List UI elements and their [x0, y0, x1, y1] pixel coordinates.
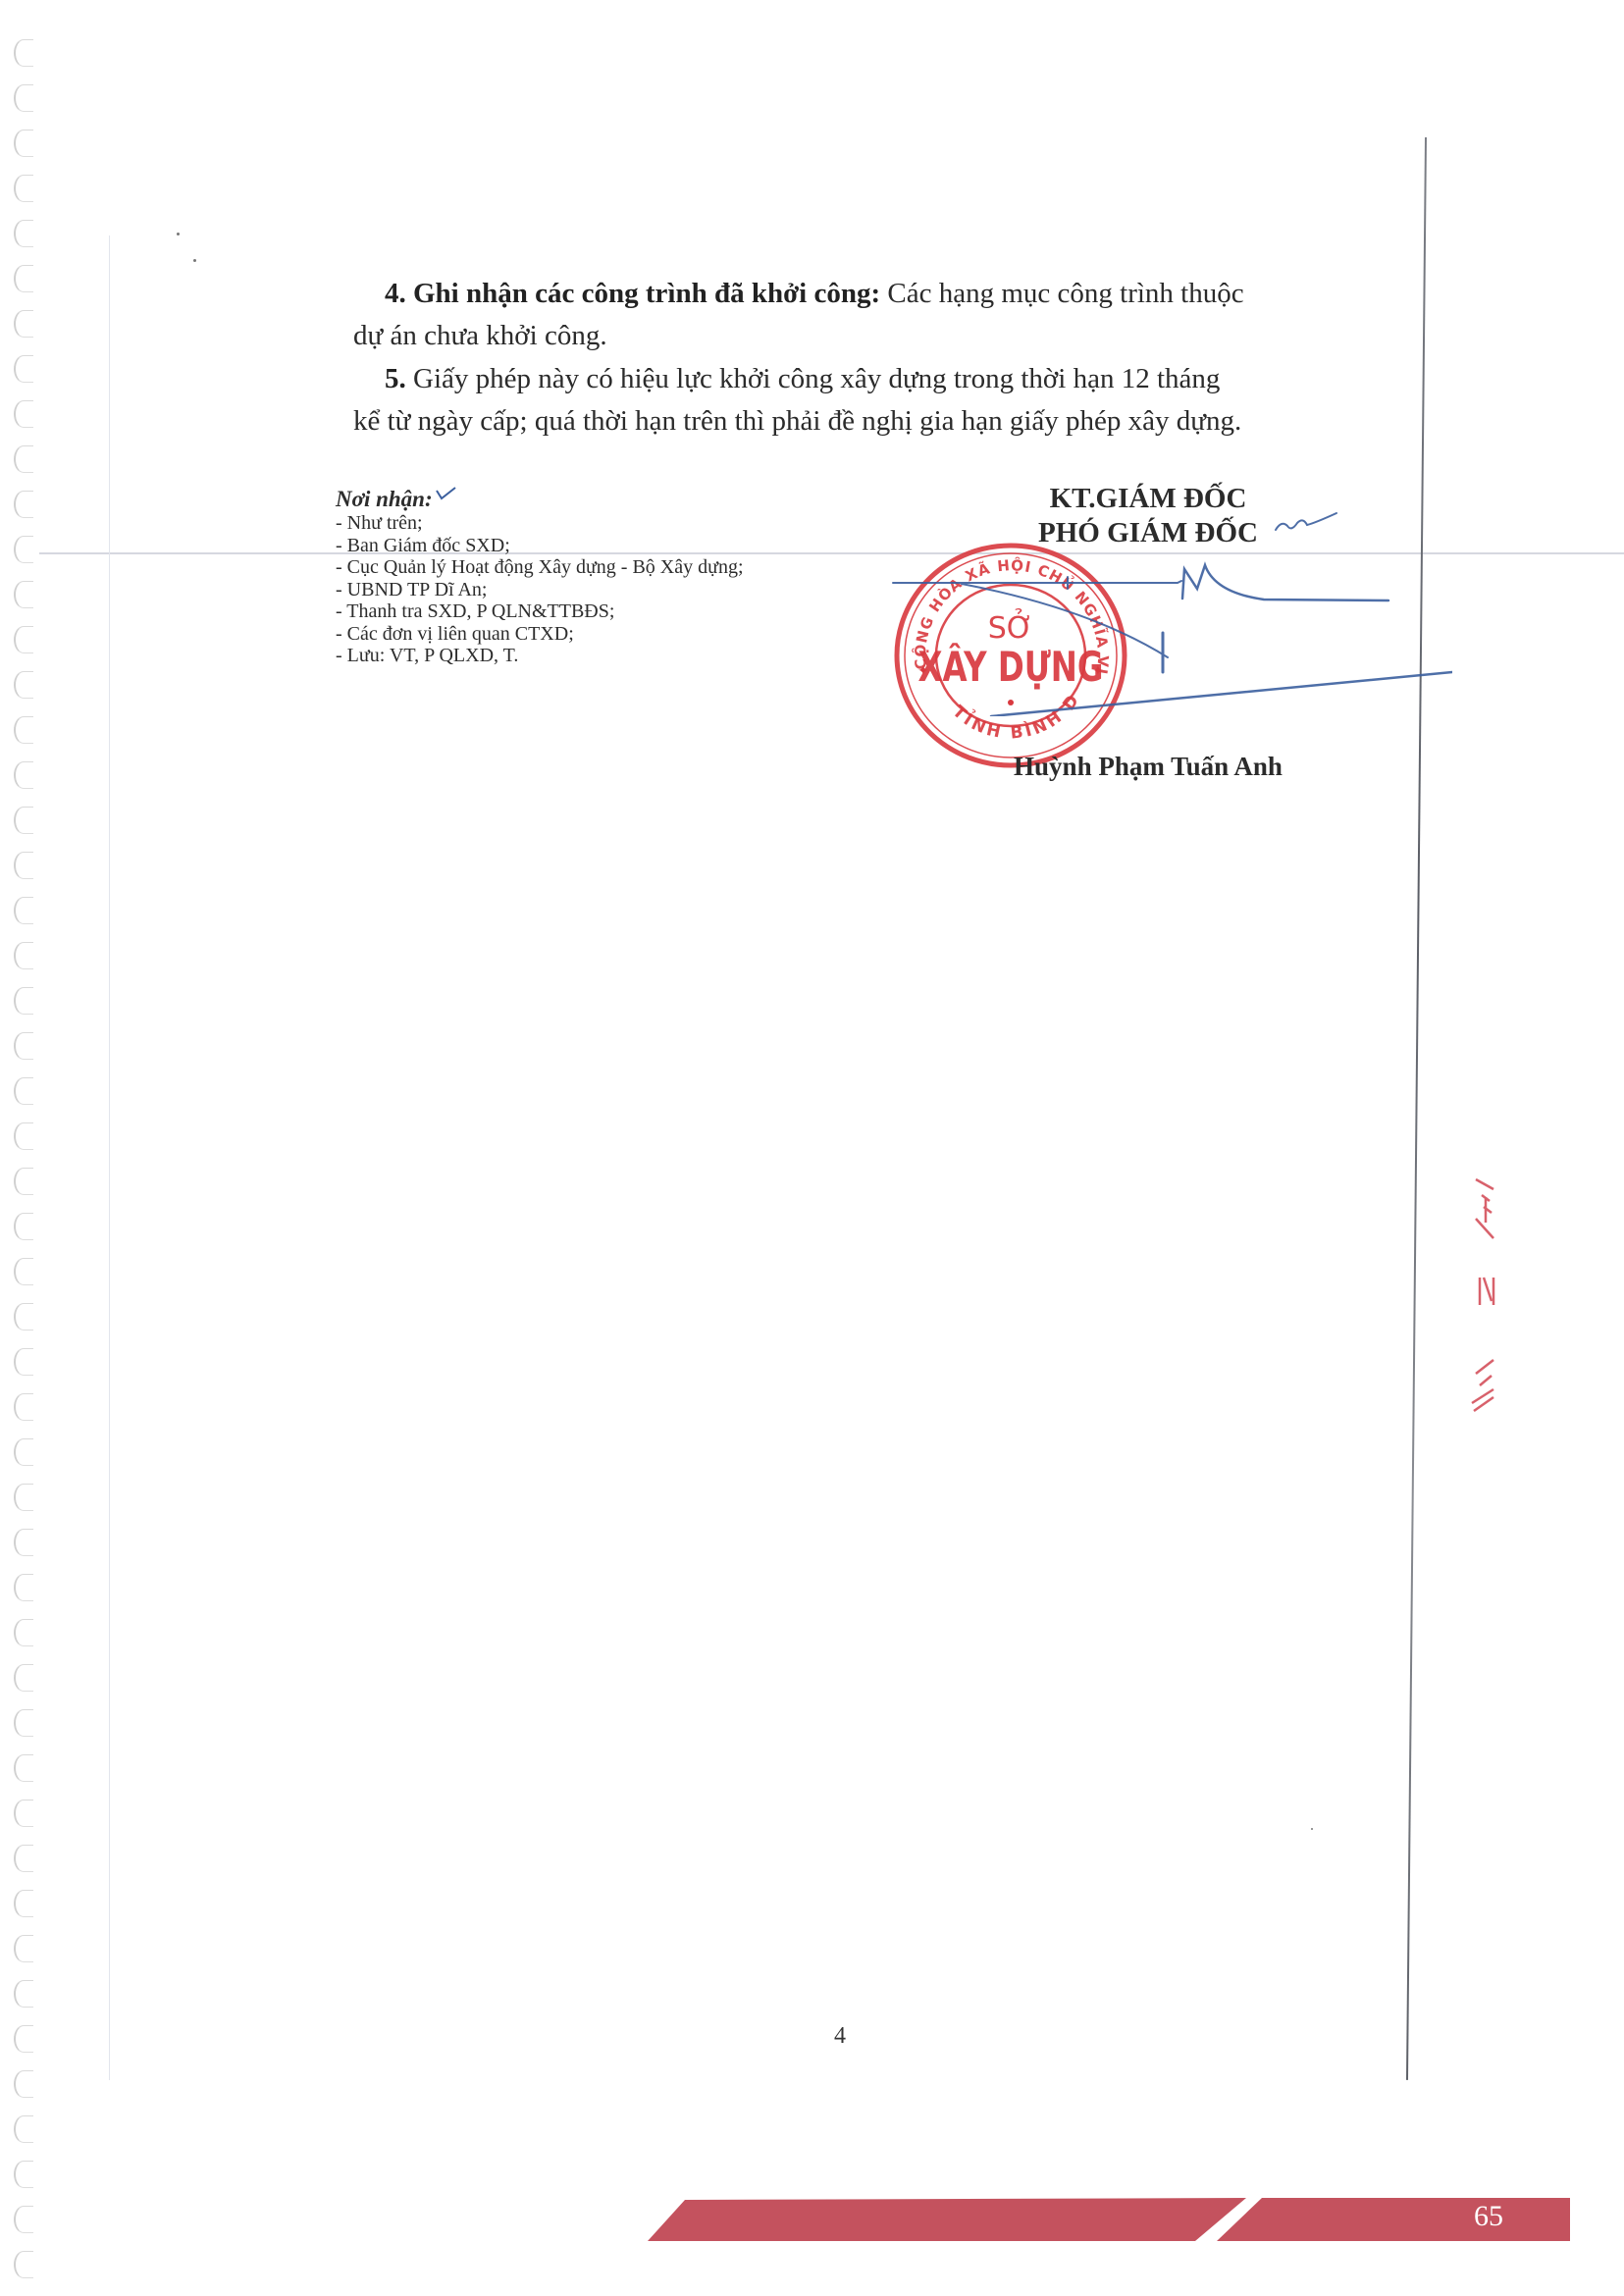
footer-page-number: 65 [1474, 2200, 1503, 2233]
scan-speck [193, 259, 196, 262]
section-5: 5. Giấy phép này có hiệu lực khởi công x… [353, 358, 1379, 443]
footer-band: 65 [648, 2196, 1570, 2243]
stamp-bleed-marks [1462, 1168, 1501, 1423]
scan-guide-left-line [109, 235, 110, 2080]
recipients-title: Nơi nhận: [336, 487, 885, 512]
section-number: 5. [385, 363, 406, 394]
section-5-line2: kể từ ngày cấp; quá thời hạn trên thì ph… [353, 400, 1379, 443]
handwritten-signature [864, 461, 1452, 716]
page-right-border-line [1406, 137, 1427, 2080]
section-5-line1: 5. Giấy phép này có hiệu lực khởi công x… [353, 358, 1379, 400]
recipient-item: - Các đơn vị liên quan CTXD; [336, 623, 885, 646]
recipient-item: - Cục Quản lý Hoạt động Xây dựng - Bộ Xâ… [336, 556, 885, 579]
recipient-item: - Như trên; [336, 512, 885, 535]
recipients-block: Nơi nhận: - Như trên; - Ban Giám đốc SXD… [336, 487, 885, 667]
section-heading: Ghi nhận các công trình đã khởi công: [413, 278, 880, 309]
recipient-item: - UBND TP Dĩ An; [336, 579, 885, 601]
section-body: Các hạng mục công trình thuộc [880, 278, 1243, 309]
section-number: 4. [385, 278, 406, 309]
signer-name: Huỳnh Phạm Tuấn Anh [962, 752, 1335, 782]
checkmark-icon [435, 487, 456, 500]
section-4-line1: 4. Ghi nhận các công trình đã khởi công:… [353, 273, 1379, 315]
section-body: Giấy phép này có hiệu lực khởi công xây … [406, 363, 1221, 394]
scan-speck [1311, 1828, 1313, 1830]
section-4: 4. Ghi nhận các công trình đã khởi công:… [353, 273, 1379, 357]
recipient-item: - Lưu: VT, P QLXD, T. [336, 645, 885, 667]
scan-speck [177, 233, 180, 235]
recipient-item: - Ban Giám đốc SXD; [336, 535, 885, 557]
footer-band-shape [648, 2196, 1570, 2243]
section-4-line2: dự án chưa khởi công. [353, 315, 1379, 357]
recipient-item: - Thanh tra SXD, P QLN&TTBĐS; [336, 600, 885, 623]
recipients-title-text: Nơi nhận: [336, 487, 433, 511]
document-page-number: 4 [834, 2023, 846, 2050]
binding-holes [8, 29, 37, 2286]
